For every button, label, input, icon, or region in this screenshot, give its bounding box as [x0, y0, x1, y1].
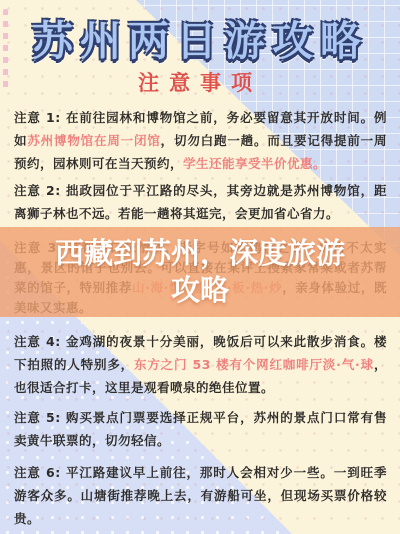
note-1-highlight-museum-closed: 苏州博物馆在周一闭馆 [27, 133, 160, 148]
page-subtitle: 注意事项 [0, 67, 400, 97]
note-5-text: 注意 5: 购买景点门票要选择正规平台，苏州的景点门口常有售卖黄牛联票的，切勿轻… [14, 410, 387, 448]
page-title: 苏州两日游攻略 [0, 8, 400, 67]
note-item-1: 注意 1: 在前往园林和博物馆之前，务必要留意其开放时间。例如苏州博物馆在周一闭… [14, 106, 387, 175]
note-item-6: 注意 6: 平江路建议早上前往，那时人会相对少一些。一到旺季游客众多。山塘街推荐… [14, 461, 387, 530]
note-3-highlight-restaurants: 山·海·焗、囍·老·板·热·炒 [132, 280, 282, 295]
note-item-2: 注意 2: 拙政园位于平江路的尽头，其旁边就是苏州博物馆，距离狮子林也不远。若能… [14, 179, 387, 225]
note-4-highlight-cafe: 东方之门 53 楼有个网红咖啡厅淡·气·球 [134, 357, 374, 372]
note-6-text: 注意 6: 平江路建议早上前往，那时人会相对少一些。一到旺季游客众多。山塘街推荐… [14, 465, 387, 526]
note-item-4: 注意 4: 金鸡湖的夜景十分美丽，晚饭后可以来此散步消食。楼下拍照的人特别多，东… [14, 330, 387, 399]
note-item-5: 注意 5: 购买景点门票要选择正规平台，苏州的景点门口常有售卖黄牛联票的，切勿轻… [14, 406, 387, 452]
note-1-highlight-student-discount: 学生还能享受半价优惠。 [183, 156, 326, 171]
note-item-3: 注意 3: 苏帮菜口味清淡，老字号如松鹤楼之类，价格不太实惠，景区的馆子也别去。… [14, 238, 387, 318]
note-2-text: 注意 2: 拙政园位于平江路的尽头，其旁边就是苏州博物馆，距离狮子林也不远。若能… [14, 183, 387, 221]
